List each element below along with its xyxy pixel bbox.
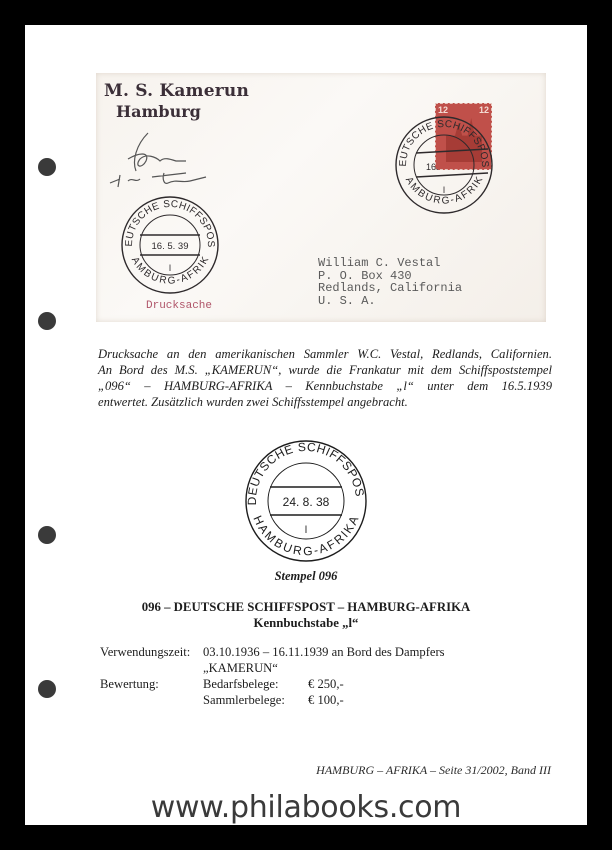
svg-text:16. 5. 39: 16. 5. 39 [152, 241, 189, 252]
binder-hole [38, 158, 56, 176]
postmark-left: DEUTSCHE SCHIFFSPOST HAMBURG-AFRIKA 16. … [118, 193, 222, 297]
svg-text:DEUTSCHE SCHIFFSPOST: DEUTSCHE SCHIFFSPOST [388, 105, 490, 168]
catalog-subtitle: Kennbuchstabe „l“ [25, 615, 587, 631]
binder-hole [38, 312, 56, 330]
svg-text:l: l [305, 525, 307, 536]
home-port: Hamburg [116, 102, 249, 121]
svg-text:l: l [443, 185, 445, 195]
postmark-on-stamp: DEUTSCHE SCHIFFSPOST HAMBURG-AFRIKA 16. … [392, 113, 496, 217]
reference-postmark: DEUTSCHE SCHIFFSPOST HAMBURG-AFRIKA 24. … [240, 435, 372, 567]
recipient-address: William C. VestalP. O. Box 430Redlands, … [318, 257, 462, 308]
printed-matter-mark: Drucksache [146, 300, 212, 312]
stamp-label: Stempel 096 [25, 569, 587, 584]
binder-hole [38, 680, 56, 698]
ship-name: M. S. Kamerun [104, 81, 249, 101]
catalog-heading: 096 – DEUTSCHE SCHIFFSPOST – HAMBURG-AFR… [25, 599, 587, 631]
valuation-label: Bewertung: [100, 676, 159, 692]
page-footer: HAMBURG – AFRIKA – Seite 31/2002, Band I… [316, 763, 551, 778]
usage-label: Verwendungszeit: [100, 644, 190, 660]
sender-cachet: M. S. Kamerun Hamburg [104, 81, 249, 121]
cover-description: Drucksache an den amerikanischen Sammler… [98, 346, 552, 410]
usage-value-ship: „KAMERUN“ [203, 660, 278, 676]
signature-icon [106, 131, 226, 191]
valuation-price: € 250,- [308, 676, 344, 692]
svg-text:16.: 16. [426, 162, 439, 172]
svg-text:24. 8. 38: 24. 8. 38 [283, 495, 330, 509]
valuation-type: Sammlerbelege: [203, 692, 285, 708]
binder-hole [38, 526, 56, 544]
album-page: M. S. Kamerun Hamburg 12 12 DEUTSCHE SCH… [25, 25, 587, 825]
svg-text:l: l [169, 263, 171, 273]
catalog-title: 096 – DEUTSCHE SCHIFFSPOST – HAMBURG-AFR… [25, 599, 587, 615]
usage-value: 03.10.1936 – 16.11.1939 an Bord des Damp… [203, 644, 445, 660]
svg-text:DEUTSCHE SCHIFFSPOST: DEUTSCHE SCHIFFSPOST [114, 185, 216, 248]
valuation-type: Bedarfsbelege: [203, 676, 279, 692]
valuation-price: € 100,- [308, 692, 344, 708]
watermark-link[interactable]: www.philabooks.com [0, 791, 612, 825]
envelope-cover: M. S. Kamerun Hamburg 12 12 DEUTSCHE SCH… [96, 73, 546, 322]
